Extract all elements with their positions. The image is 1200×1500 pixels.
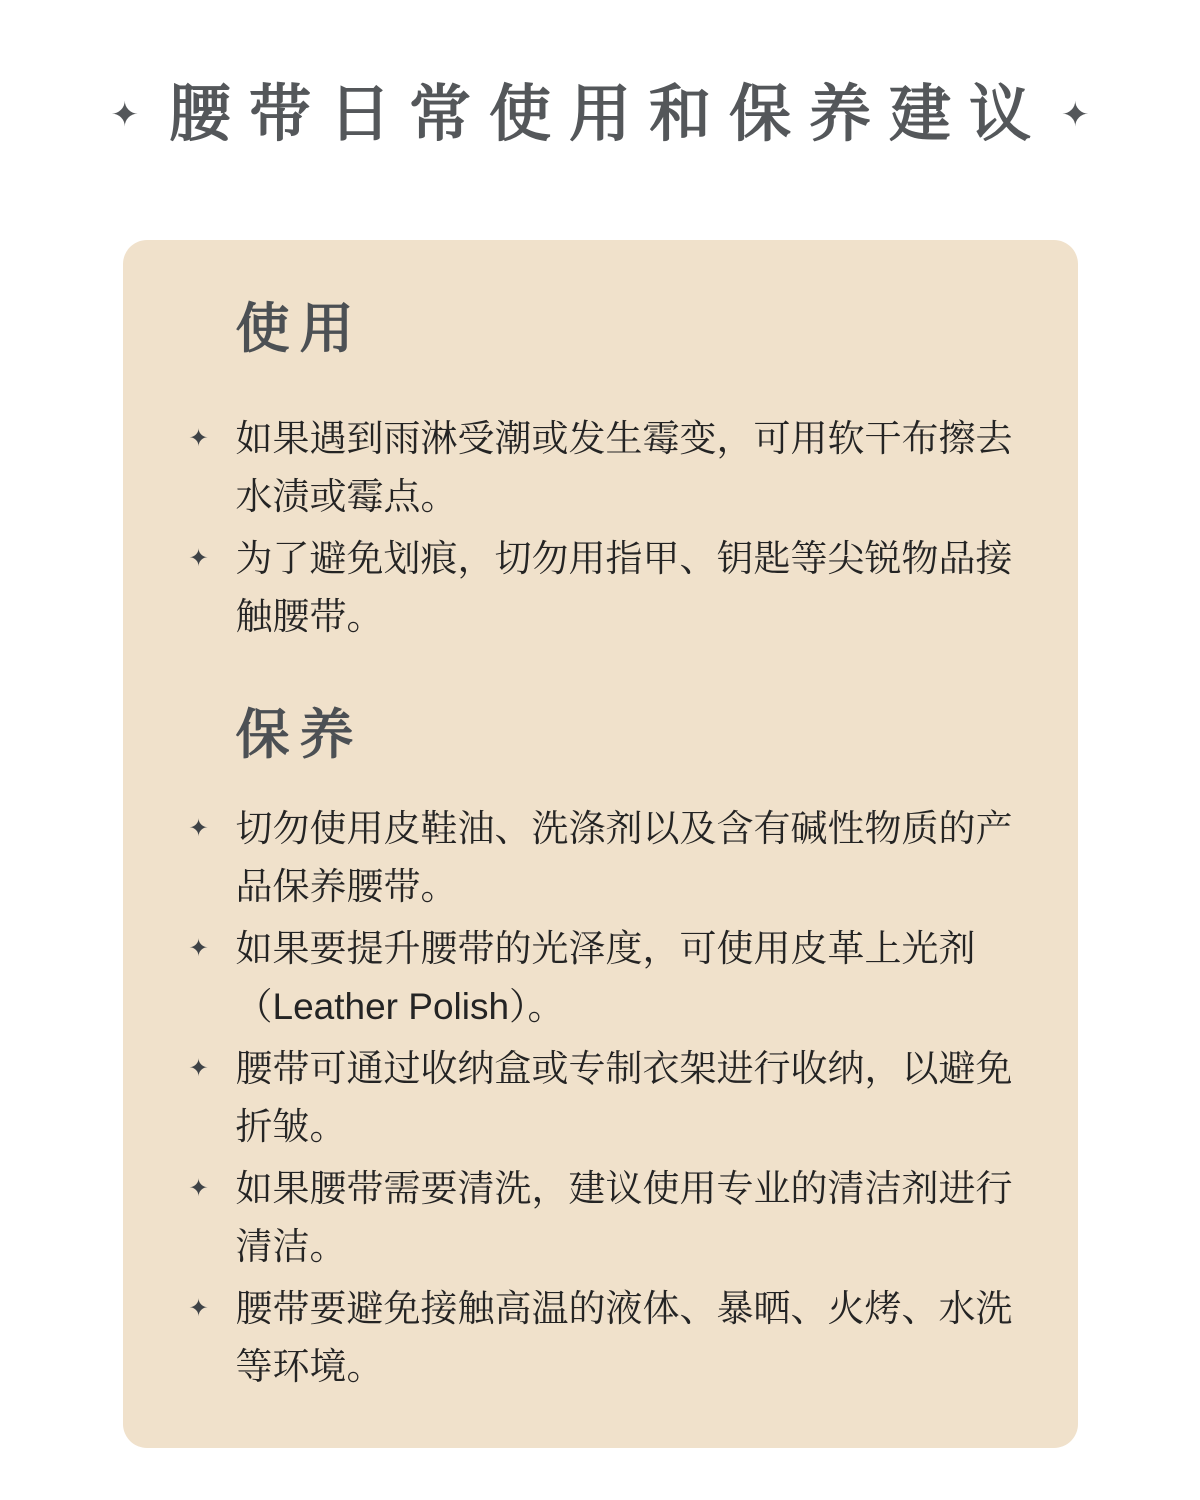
list-item: ✦ 如果遇到雨淋受潮或发生霉变，可用软干布擦去水渍或霉点。 (189, 410, 1026, 526)
list-item: ✦ 如果腰带需要清洗，建议使用专业的清洁剂进行清洁。 (189, 1160, 1026, 1276)
diamond-bullet-icon: ✦ (189, 1280, 236, 1396)
section-heading-use: 使用 (236, 302, 1026, 356)
section-heading-care: 保养 (236, 708, 1026, 762)
page: ✦ 腰带日常使用和保养建议 ✦ 使用 ✦ 如果遇到雨淋受潮或发生霉变，可用软干布… (0, 0, 1200, 1448)
list-item-text: 如果腰带需要清洗，建议使用专业的清洁剂进行清洁。 (236, 1160, 1026, 1276)
list-item: ✦ 腰带可通过收纳盒或专制衣架进行收纳，以避免折皱。 (189, 1040, 1026, 1156)
diamond-bullet-icon: ✦ (189, 1040, 236, 1156)
diamond-bullet-icon: ✦ (189, 1160, 236, 1276)
diamond-bullet-icon: ✦ (189, 800, 236, 916)
list-item: ✦ 切勿使用皮鞋油、洗涤剂以及含有碱性物质的产品保养腰带。 (189, 800, 1026, 916)
section-use: 使用 ✦ 如果遇到雨淋受潮或发生霉变，可用软干布擦去水渍或霉点。 ✦ 为了避免划… (189, 302, 1026, 646)
list-item: ✦ 为了避免划痕，切勿用指甲、钥匙等尖锐物品接触腰带。 (189, 530, 1026, 646)
diamond-icon: ✦ (110, 98, 139, 132)
page-title: 腰带日常使用和保养建议 (169, 84, 1049, 146)
diamond-icon: ✦ (1061, 98, 1090, 132)
page-header: ✦ 腰带日常使用和保养建议 ✦ (0, 0, 1200, 146)
list-item-text: 如果要提升腰带的光泽度，可使用皮革上光剂（Leather Polish）。 (236, 920, 1026, 1036)
use-list: ✦ 如果遇到雨淋受潮或发生霉变，可用软干布擦去水渍或霉点。 ✦ 为了避免划痕，切… (189, 410, 1026, 646)
care-card: 使用 ✦ 如果遇到雨淋受潮或发生霉变，可用软干布擦去水渍或霉点。 ✦ 为了避免划… (123, 240, 1078, 1448)
list-item-text: 腰带要避免接触高温的液体、暴晒、火烤、水洗等环境。 (236, 1280, 1026, 1396)
section-care: 保养 ✦ 切勿使用皮鞋油、洗涤剂以及含有碱性物质的产品保养腰带。 ✦ 如果要提升… (189, 708, 1026, 1396)
diamond-bullet-icon: ✦ (189, 410, 236, 526)
list-item-text: 腰带可通过收纳盒或专制衣架进行收纳，以避免折皱。 (236, 1040, 1026, 1156)
diamond-bullet-icon: ✦ (189, 920, 236, 1036)
diamond-bullet-icon: ✦ (189, 530, 236, 646)
list-item: ✦ 腰带要避免接触高温的液体、暴晒、火烤、水洗等环境。 (189, 1280, 1026, 1396)
list-item-text: 如果遇到雨淋受潮或发生霉变，可用软干布擦去水渍或霉点。 (236, 410, 1026, 526)
list-item-text: 切勿使用皮鞋油、洗涤剂以及含有碱性物质的产品保养腰带。 (236, 800, 1026, 916)
list-item: ✦ 如果要提升腰带的光泽度，可使用皮革上光剂（Leather Polish）。 (189, 920, 1026, 1036)
care-list: ✦ 切勿使用皮鞋油、洗涤剂以及含有碱性物质的产品保养腰带。 ✦ 如果要提升腰带的… (189, 800, 1026, 1396)
list-item-text: 为了避免划痕，切勿用指甲、钥匙等尖锐物品接触腰带。 (236, 530, 1026, 646)
